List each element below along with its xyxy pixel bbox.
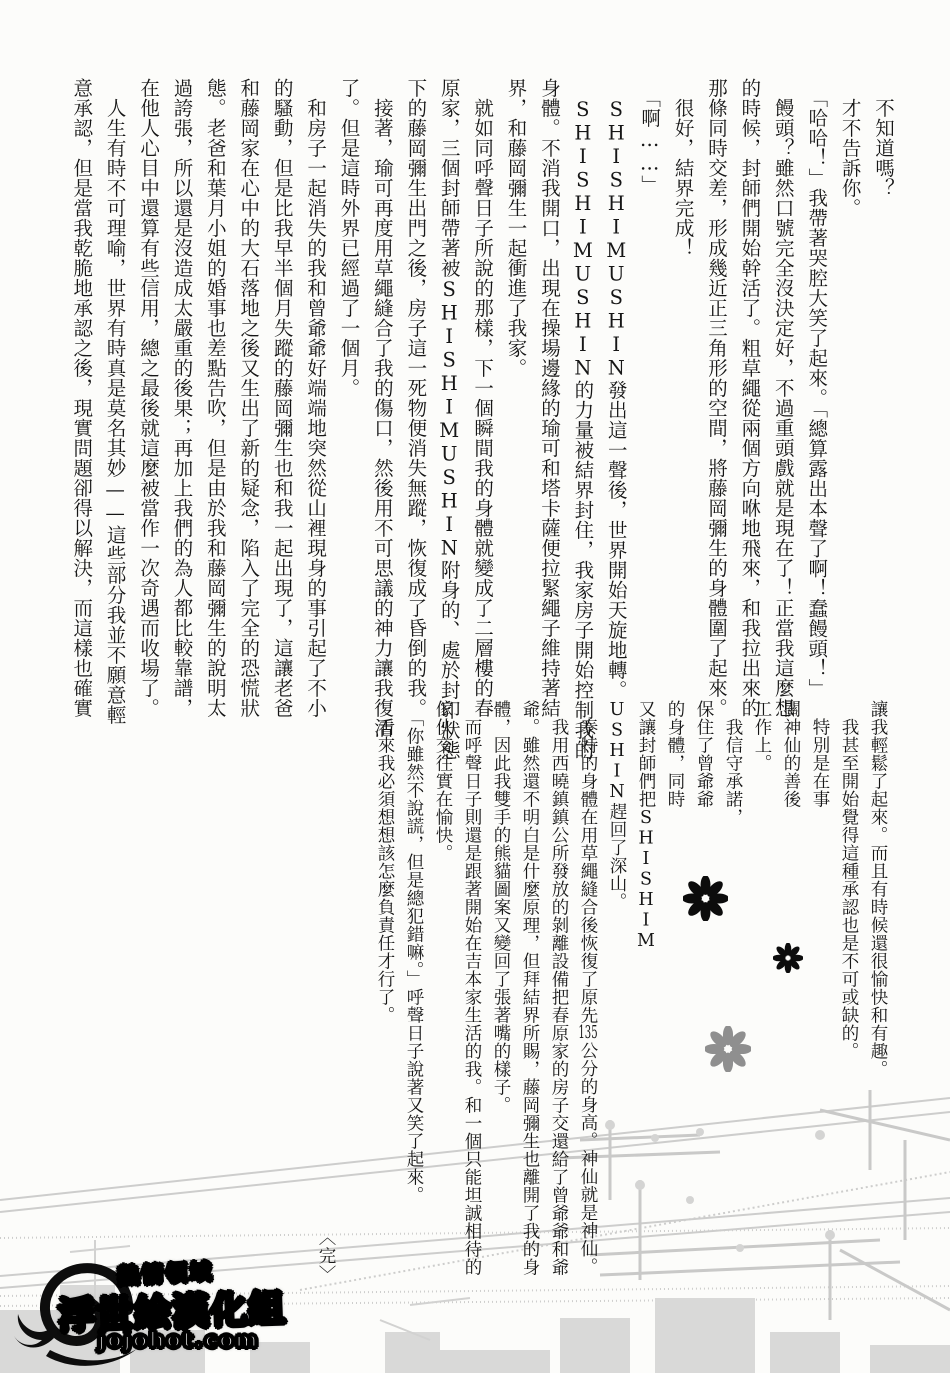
text-column: 的時候，封師們開始幹活了。粗草繩從兩個方向咻地飛來，和我拉出來的 — [733, 78, 766, 718]
text-column: 我信守承諾， — [718, 700, 747, 1320]
text-column: 我用西曉鎮鎮公所發放的剝離設備把春原家的房子交還給了曾爺爺和爺 — [544, 700, 573, 1320]
text-column: 人生有時不可理喻，世界有時真是莫名其妙——這些部分我並不願意輕 — [98, 78, 131, 718]
text-column: 傢伙交往實在愉快。 — [428, 700, 457, 1320]
text-column: SHISHIMUSHIN的力量被結界封住，我家房子開始控制我的 — [566, 78, 599, 718]
text-column: 看來我必須想想該怎麼負責任才行了。 — [370, 700, 399, 1320]
text-column: 在他人心目中還算有些信用，總之最後就這麼被當作一次奇遇而收場了。 — [132, 78, 165, 718]
text-column: 關神仙的善後 — [776, 700, 805, 1320]
text-column: 「你雖然不說謊，但是總犯錯嘛。」呼聲日子說著又笑了起來。 — [399, 700, 428, 1320]
logo-url: jojohot.com — [98, 1328, 259, 1352]
text-column: USHIN趕回了深山。 — [602, 700, 631, 1320]
text-column: 原家，三個封師帶著被SHISHIMUSHIN附身的、處於封印狀態 — [432, 78, 465, 718]
text-column: 不知道嗎？ — [867, 78, 900, 718]
text-column: 我甚至開始覺得這種承認也是不可或缺的。 — [834, 700, 863, 1320]
top-text-block: 不知道嗎？才不告訴你。「哈哈！」我帶著哭腔大笑了起來。「總算露出本聲了啊！蠢饅頭… — [65, 78, 900, 718]
end-mark: 〈完〉 — [314, 1228, 339, 1284]
text-column: 讓我輕鬆了起來。而且有時候還很愉快和有趣。 — [863, 700, 892, 1320]
text-column: 而呼聲日子則還是跟著開始在吉本家生活的我。和一個只能坦誠相待的 — [457, 700, 486, 1320]
text-column: 身體。不消我開口，出現在操場邊緣的瑜可和塔卡薩便拉緊繩子維持著結 — [533, 78, 566, 718]
text-column: 泰特的身體在用草繩縫合後恢復了原先135公分的身高。神仙就是神仙。 — [573, 700, 602, 1320]
text-column: 很好，結界完成！ — [666, 78, 699, 718]
text-column: 態。老爸和葉月小姐的婚事也差點告吹，但是由於我和藤岡彌生的說明太 — [198, 78, 231, 718]
text-column: 特別是在事 — [805, 700, 834, 1320]
text-column: 才不告訴你。 — [833, 78, 866, 718]
text-column: 接著，瑜可再度用草繩縫合了我的傷口，然後用不可思議的神力讓我復活 — [366, 78, 399, 718]
text-column: 「哈哈！」我帶著哭腔大笑了起來。「總算露出本聲了啊！蠢饅頭！」 — [800, 78, 833, 718]
flower-ornament-icon — [773, 943, 803, 973]
text-column: 過誇張，所以還是沒造成太嚴重的後果；再加上我們的為人都比較靠譜， — [165, 78, 198, 718]
text-column: 工作上。 — [747, 700, 776, 1320]
text-column: SHISHIMUSHIN發出這一聲後，世界開始天旋地轉。 — [599, 78, 632, 718]
flower-ornament-icon — [705, 1026, 751, 1072]
text-column: 意承認，但是當我乾脆地承認之後，現實問題卻得以解決，而這樣也確實 — [65, 78, 98, 718]
text-column: 那條同時交差，形成幾近正三角形的空間，將藤岡彌生的身體圍了起來。 — [700, 78, 733, 718]
text-column: 界，和藤岡彌生一起衝進了我家。 — [499, 78, 532, 718]
text-column: 和藤岡家在心中的大石落地之後又生出了新的疑念，陷入了完全的恐慌狀 — [232, 78, 265, 718]
text-column: 了。但是這時外界已經過了一個月。 — [332, 78, 365, 718]
text-column: 保住了曾爺爺 — [689, 700, 718, 1320]
text-column: 體，因此我雙手的熊貓圖案又變回了張著嘴的樣子。 — [486, 700, 515, 1320]
flower-ornament-icon — [683, 876, 728, 921]
text-column: 「啊……」 — [633, 78, 666, 718]
text-column: 和房子一起消失的我和曾爺爺好端端地突然從山裡現身的事引起了不小 — [299, 78, 332, 718]
bottom-text-block: 讓我輕鬆了起來。而且有時候還很愉快和有趣。我甚至開始覺得這種承認也是不可或缺的。… — [370, 700, 892, 1320]
text-column: 下的藤岡彌生出門之後，房子這一死物便消失無蹤，恢復成了昏倒的我。 — [399, 78, 432, 718]
text-column: 饅頭？雖然口號完全沒決定好，不過重頭戲就是現在了！正當我這麼想 — [766, 78, 799, 718]
text-column: 就如同呼聲日子所說的那樣，下一個瞬間我的身體就變成了二層樓的春 — [466, 78, 499, 718]
text-column: 的騷動，但是比我早半個月失蹤的藤岡彌生也和我一起出現了，這讓老爸 — [265, 78, 298, 718]
text-column: 又讓封師們把SHISHIM — [631, 700, 660, 1320]
text-column: 的身體，同時 — [660, 700, 689, 1320]
text-column: 爺。雖然還不明白是什麼原理，但拜結界所賜，藤岡彌生也離開了我的身 — [515, 700, 544, 1320]
scanlation-logo: 熱情領域 浮世絵漢化組 jojohot.com — [10, 1254, 270, 1366]
novel-page: { "page": { "background": "#fcfcfa", "in… — [0, 0, 950, 1373]
horizontal-in-vertical-number: 135 — [578, 1024, 598, 1042]
